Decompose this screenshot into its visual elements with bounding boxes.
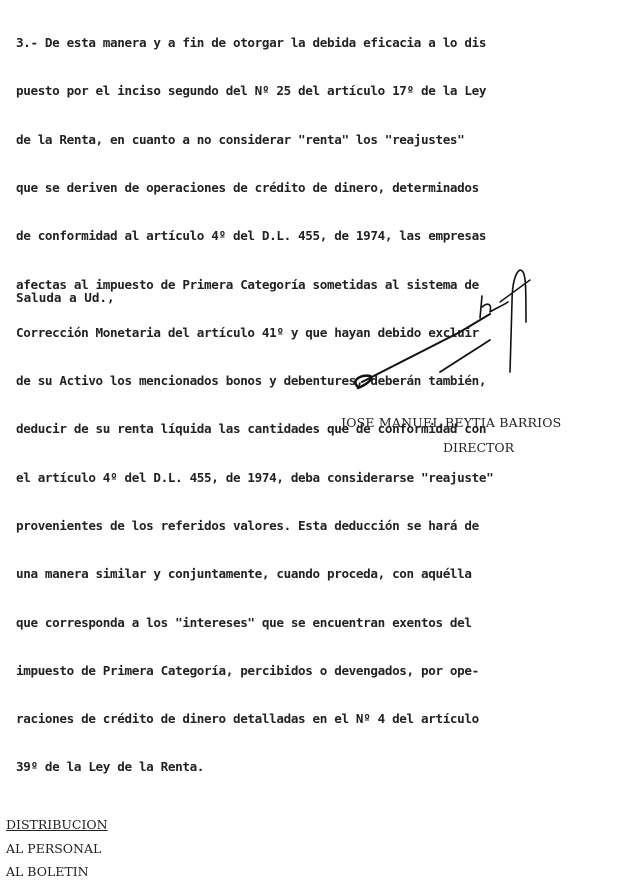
paragraph-line: puesto por el inciso segundo del Nº 25 d…: [16, 83, 630, 99]
distribution-item: AL PERSONAL: [6, 841, 101, 856]
paragraph-line: 3.- De esta manera y a fin de otorgar la…: [16, 35, 630, 51]
paragraph-line: raciones de crédito de dinero detalladas…: [16, 711, 630, 727]
distribution-item: AL BOLETIN: [6, 864, 89, 879]
paragraph-line: de la Renta, en cuanto a no considerar "…: [16, 132, 630, 148]
paragraph-line: que corresponda a los "intereses" que se…: [16, 615, 630, 631]
closing-salutation: Saluda a Ud.,: [16, 290, 115, 305]
paragraph-line: el artículo 4º del D.L. 455, de 1974, de…: [16, 470, 630, 486]
signer-title: DIRECTOR: [443, 440, 514, 455]
paragraph-line: provenientes de los referidos valores. E…: [16, 518, 630, 534]
distribution-heading: DISTRIBUCION: [6, 817, 108, 832]
paragraph-line: de conformidad al artículo 4º del D.L. 4…: [16, 228, 630, 244]
paragraph-line: una manera similar y conjuntamente, cuan…: [16, 566, 630, 582]
signer-name: JOSE MANUEL BEYTIA BARRIOS: [341, 415, 561, 430]
paragraph-line: 39º de la Ley de la Renta.: [16, 759, 630, 775]
paragraph-line: impuesto de Primera Categoría, percibido…: [16, 663, 630, 679]
signature-icon: [340, 262, 560, 402]
paragraph-line: que se deriven de operaciones de crédito…: [16, 180, 630, 196]
